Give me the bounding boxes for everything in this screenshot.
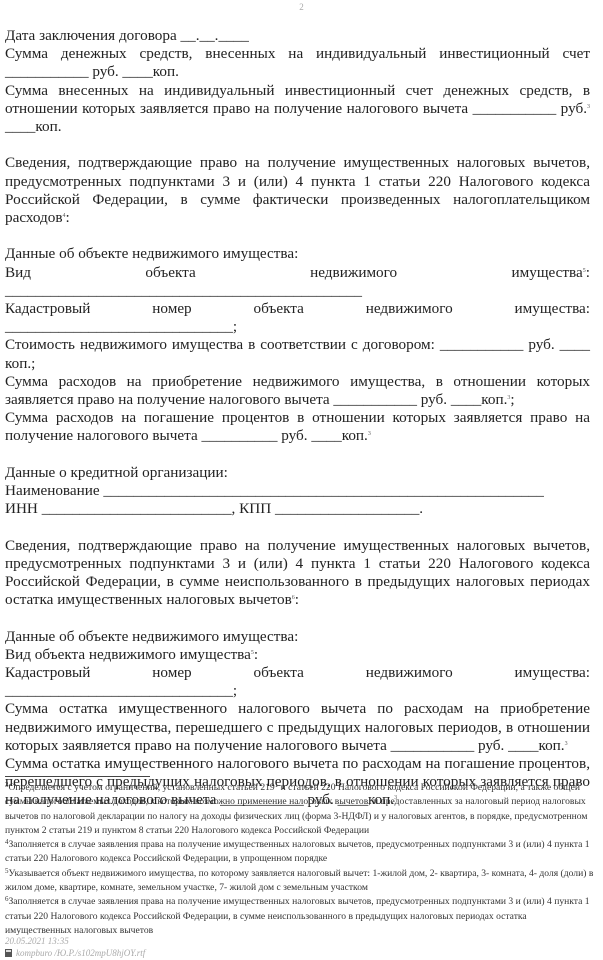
property-type-line: Вид объекта недвижимого имущества5: ____… <box>5 264 590 300</box>
claimed-sum-kop: ____коп. <box>5 118 590 136</box>
footnote-separator <box>5 776 150 777</box>
property-heading: Данные об объекте недвижимого имущества: <box>5 245 590 263</box>
floppy-disk-icon <box>5 949 12 957</box>
property-heading-2: Данные об объекте недвижимого имущества: <box>5 628 590 646</box>
interest-expenses-line: Сумма расходов на погашение процентов в … <box>5 409 590 445</box>
footnote-3: 3Определяется с учетом ограничений, уста… <box>5 781 595 838</box>
timestamp: 20.05.2021 13:35 <box>5 936 69 946</box>
bank-name-line: Наименование ___________________________… <box>5 482 590 500</box>
cadastral-number-line: Кадастровый номер объекта недвижимого им… <box>5 300 590 336</box>
property-type-line-2: Вид объекта недвижимого имущества5: <box>5 646 590 664</box>
footnotes: 3Определяется с учетом ограничений, уста… <box>5 781 595 938</box>
document-page: 2 Дата заключения договора __.__.____ Су… <box>0 0 603 960</box>
cadastral-number-line-2: Кадастровый номер объекта недвижимого им… <box>5 664 590 700</box>
document-body: Дата заключения договора __.__.____ Сумм… <box>5 27 590 810</box>
file-path: kompburo /Ю.Р./s102mpU8hjOY.rtf <box>16 948 145 958</box>
deposited-sum-line: Сумма денежных средств, внесенных на инд… <box>5 45 590 63</box>
claimed-sum-line: Сумма внесенных на индивидуальный инвест… <box>5 82 590 118</box>
actual-expenses-intro: Сведения, подтверждающие право на получе… <box>5 154 590 227</box>
property-cost-line: Стоимость недвижимого имущества в соотве… <box>5 336 590 372</box>
deposited-sum-amount: ___________ руб. ____коп. <box>5 63 590 81</box>
footnote-ref: 3 <box>565 741 568 747</box>
page-number: 2 <box>0 2 603 12</box>
footnote-4: 4Заполняется в случае заявления права на… <box>5 838 595 867</box>
bank-heading: Данные о кредитной организации: <box>5 464 590 482</box>
footnote-5: 5Указывается объект недвижимого имуществ… <box>5 867 595 896</box>
footnote-ref: 3 <box>587 104 590 110</box>
file-path-line: kompburo /Ю.Р./s102mpU8hjOY.rtf <box>5 948 145 958</box>
footnote-ref: 3 <box>368 431 371 437</box>
contract-date-line: Дата заключения договора __.__.____ <box>5 27 590 45</box>
footnote-6: 6Заполняется в случае заявления права на… <box>5 895 595 938</box>
remaining-acquisition-line: Сумма остатка имущественного налогового … <box>5 700 590 755</box>
remaining-deduction-intro: Сведения, подтверждающие право на получе… <box>5 537 590 610</box>
acquisition-expenses-line: Сумма расходов на приобретение недвижимо… <box>5 373 590 409</box>
bank-inn-kpp-line: ИНН _________________________, КПП _____… <box>5 500 590 518</box>
